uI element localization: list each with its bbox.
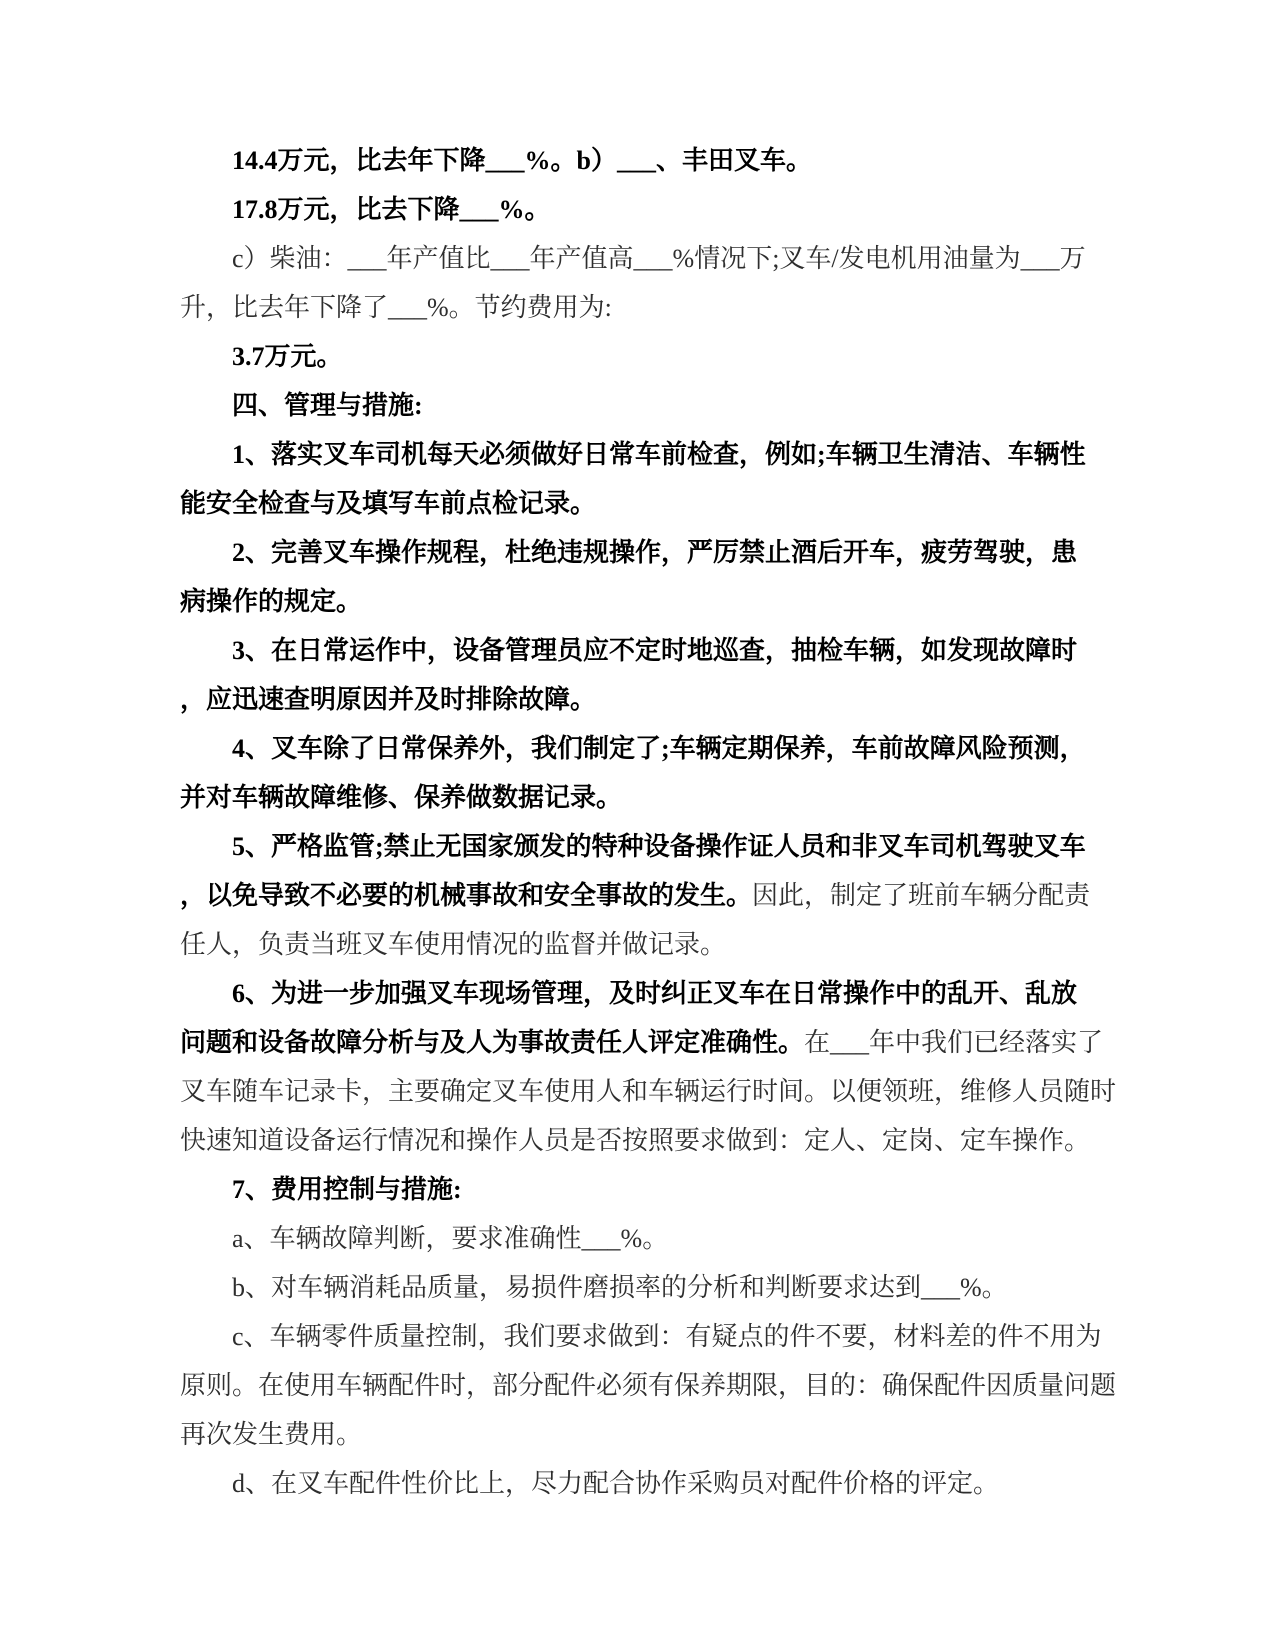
text-line: b、对车辆消耗品质量，易损件磨损率的分析和判断要求达到___%。 [180,1263,1080,1312]
text-line: a、车辆故障判断，要求准确性___%。 [180,1214,1080,1263]
text-segment: 升，比去年下降了___%。节约费用为: [180,293,612,322]
text-line: c、车辆零件质量控制，我们要求做到：有疑点的件不要，材料差的件不用为 [180,1312,1080,1361]
text-line: 升，比去年下降了___%。节约费用为: [180,283,1080,332]
text-line: 原则。在使用车辆配件时，部分配件必须有保养期限，目的：确保配件因质量问题 [180,1361,1080,1410]
text-segment: 任人，负责当班叉车使用情况的监督并做记录。 [180,930,726,959]
section-heading: 四、管理与措施: [180,381,1080,430]
text-segment: 3、在日常运作中，设备管理员应不定时地巡查，抽检车辆，如发现故障时 [232,636,1077,665]
text-segment: 原则。在使用车辆配件时，部分配件必须有保养期限，目的：确保配件因质量问题 [180,1371,1116,1400]
text-line: 14.4万元，比去年下降___%。b）___、丰田叉车。 [180,136,1080,185]
text-line: 4、叉车除了日常保养外，我们制定了;车辆定期保养，车前故障风险预测， [180,724,1080,773]
text-line: ，以免导致不必要的机械事故和安全事故的发生。因此，制定了班前车辆分配责 [180,871,1080,920]
text-line: ，应迅速查明原因并及时排除故障。 [180,675,1080,724]
text-line: 能安全检查与及填写车前点检记录。 [180,479,1080,528]
text-segment: 并对车辆故障维修、保养做数据记录。 [180,783,622,812]
text-segment: 在___年中我们已经落实了 [804,1028,1103,1057]
text-segment: 7、费用控制与措施: [232,1175,462,1204]
text-line: 快速知道设备运行情况和操作人员是否按照要求做到：定人、定岗、定车操作。 [180,1116,1080,1165]
text-line: c）柴油：___年产值比___年产值高___%情况下;叉车/发电机用油量为___… [180,234,1080,283]
text-segment: c、车辆零件质量控制，我们要求做到：有疑点的件不要，材料差的件不用为 [232,1322,1102,1351]
text-line: d、在叉车配件性价比上，尽力配合协作采购员对配件价格的评定。 [180,1459,1080,1508]
document-page: 14.4万元，比去年下降___%。b）___、丰田叉车。 17.8万元，比去下降… [0,0,1275,1650]
text-line: 17.8万元，比去下降___%。 [180,185,1080,234]
text-line: 并对车辆故障维修、保养做数据记录。 [180,773,1080,822]
text-segment: 3.7万元。 [232,342,343,371]
text-line: 问题和设备故障分析与及人为事故责任人评定准确性。在___年中我们已经落实了 [180,1018,1080,1067]
text-segment: 2、完善叉车操作规程，杜绝违规操作，严厉禁止酒后开车，疲劳驾驶，患 [232,538,1077,567]
text-segment: 再次发生费用。 [180,1420,362,1449]
text-segment: d、在叉车配件性价比上，尽力配合协作采购员对配件价格的评定。 [232,1469,999,1498]
text-segment: 快速知道设备运行情况和操作人员是否按照要求做到：定人、定岗、定车操作。 [180,1126,1090,1155]
text-line: 3、在日常运作中，设备管理员应不定时地巡查，抽检车辆，如发现故障时 [180,626,1080,675]
text-segment: 1、落实叉车司机每天必须做好日常车前检查，例如;车辆卫生清洁、车辆性 [232,440,1086,469]
text-segment: 5、严格监管;禁止无国家颁发的特种设备操作证人员和非叉车司机驾驶叉车 [232,832,1086,861]
text-segment: 问题和设备故障分析与及人为事故责任人评定准确性。 [180,1028,804,1057]
text-segment: 14.4万元，比去年下降___%。b）___、丰田叉车。 [232,146,812,175]
section-heading: 7、费用控制与措施: [180,1165,1080,1214]
text-line: 再次发生费用。 [180,1410,1080,1459]
text-segment: 能安全检查与及填写车前点检记录。 [180,489,596,518]
text-segment: 因此，制定了班前车辆分配责 [752,881,1090,910]
text-line: 任人，负责当班叉车使用情况的监督并做记录。 [180,920,1080,969]
text-segment: 4、叉车除了日常保养外，我们制定了;车辆定期保养，车前故障风险预测， [232,734,1086,763]
text-segment: ，以免导致不必要的机械事故和安全事故的发生。 [180,881,752,910]
text-segment: ，应迅速查明原因并及时排除故障。 [180,685,596,714]
text-line: 6、为进一步加强叉车现场管理，及时纠正叉车在日常操作中的乱开、乱放 [180,969,1080,1018]
document-text-body: 14.4万元，比去年下降___%。b）___、丰田叉车。 17.8万元，比去下降… [180,136,1080,1508]
text-line: 5、严格监管;禁止无国家颁发的特种设备操作证人员和非叉车司机驾驶叉车 [180,822,1080,871]
text-line: 叉车随车记录卡，主要确定叉车使用人和车辆运行时间。以便领班，维修人员随时 [180,1067,1080,1116]
text-segment: c）柴油：___年产值比___年产值高___%情况下;叉车/发电机用油量为___… [232,244,1086,273]
text-segment: 病操作的规定。 [180,587,362,616]
text-segment: 6、为进一步加强叉车现场管理，及时纠正叉车在日常操作中的乱开、乱放 [232,979,1077,1008]
text-segment: 四、管理与措施: [232,391,423,420]
text-segment: b、对车辆消耗品质量，易损件磨损率的分析和判断要求达到___%。 [232,1273,1008,1302]
text-segment: 叉车随车记录卡，主要确定叉车使用人和车辆运行时间。以便领班，维修人员随时 [180,1077,1116,1106]
text-line: 病操作的规定。 [180,577,1080,626]
text-line: 2、完善叉车操作规程，杜绝违规操作，严厉禁止酒后开车，疲劳驾驶，患 [180,528,1080,577]
text-segment: a、车辆故障判断，要求准确性___%。 [232,1224,668,1253]
text-segment: 17.8万元，比去下降___%。 [232,195,551,224]
text-line: 3.7万元。 [180,332,1080,381]
text-line: 1、落实叉车司机每天必须做好日常车前检查，例如;车辆卫生清洁、车辆性 [180,430,1080,479]
